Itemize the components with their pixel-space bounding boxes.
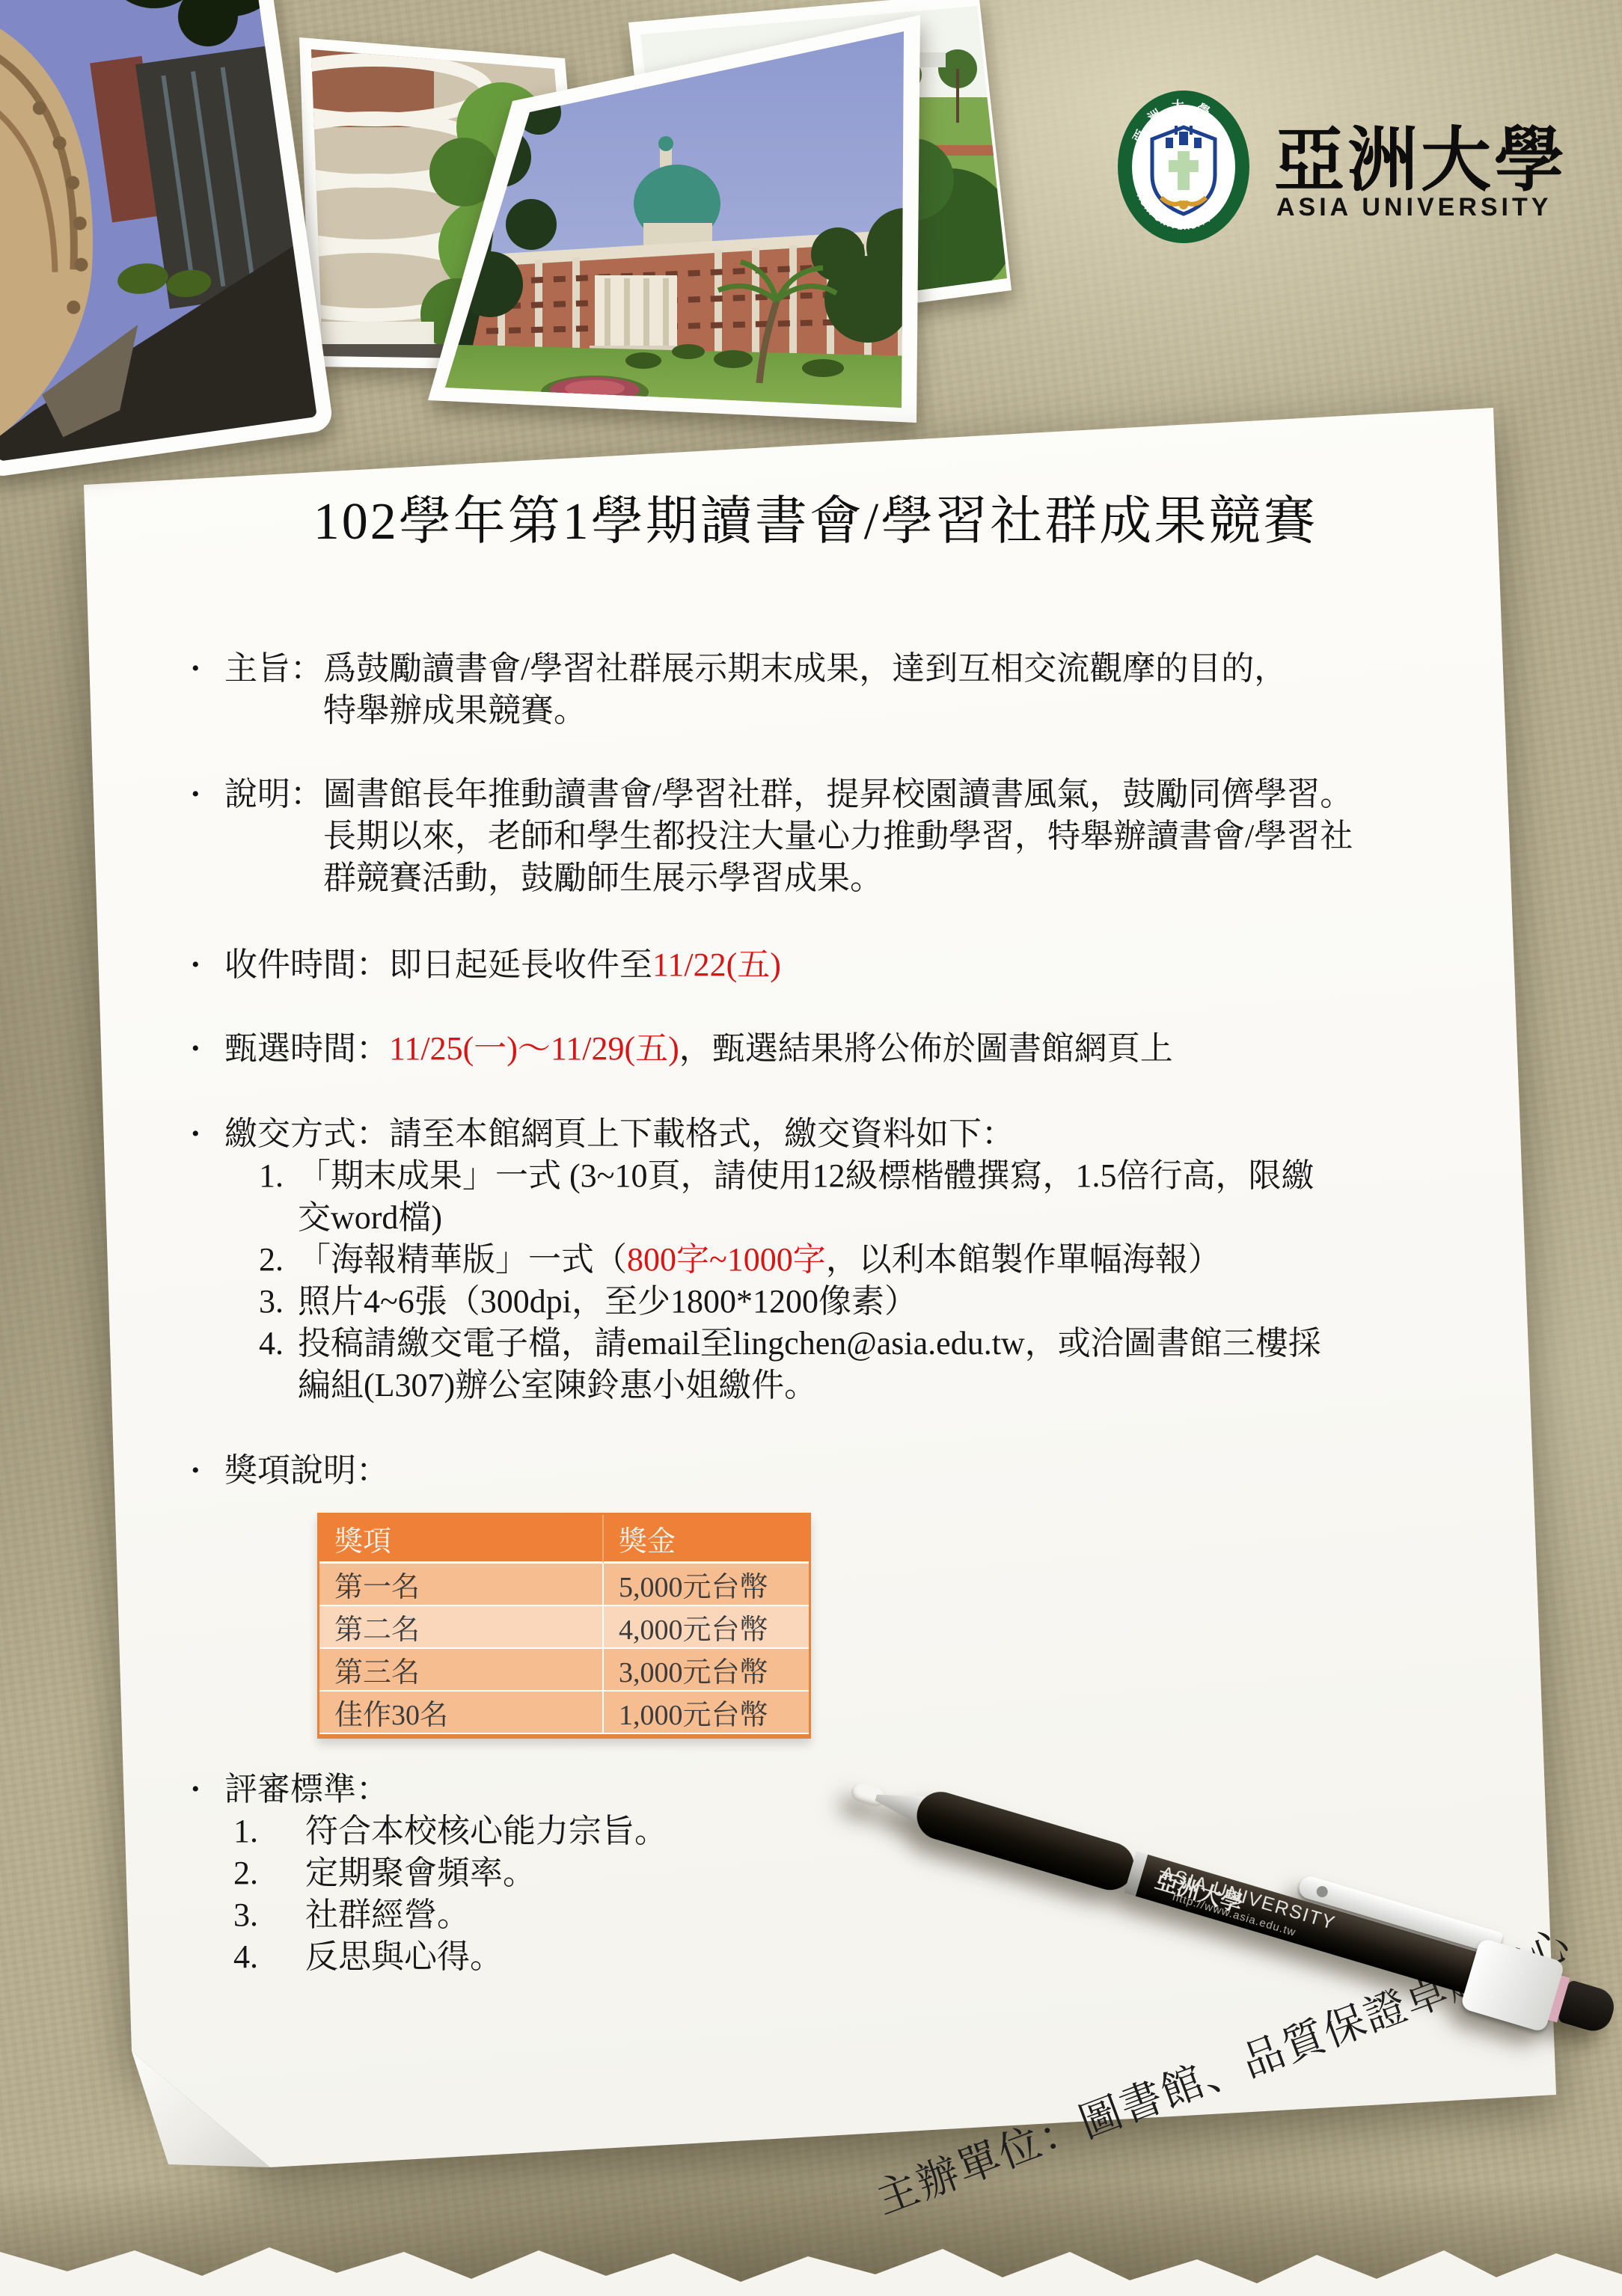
poster-stage: 亞洲大學 ASIA UNIVERSITY 亞洲大學 ASIA UNIVERSIT… <box>0 0 1622 2296</box>
table-row: 第二名 4,000元台幣 <box>319 1606 809 1649</box>
section-awards: • 獎項說明： <box>192 1450 1463 1492</box>
money-cell: 1,000元台幣 <box>604 1692 809 1734</box>
deadline-line: 收件時間：即日起延長收件至11/22(五) <box>224 944 1463 986</box>
awards-label: 獎項說明： <box>224 1450 1463 1492</box>
section-purpose: • 主旨：爲鼓勵讀書會/學習社群展示期末成果，達到互相交流觀摩的目的， 特舉辦成… <box>192 648 1463 732</box>
purpose-line-2: 特舉辦成果競賽。 <box>224 690 1463 732</box>
description-line-3: 群競賽活動，鼓勵師生展示學習成果。 <box>224 857 1463 899</box>
bullet-icon: • <box>192 1769 224 1810</box>
submission-item-4: 4. 投稿請繳交電子檔，請email至lingchen@asia.edu.tw，… <box>259 1323 1463 1406</box>
prize-cell: 第二名 <box>319 1606 604 1649</box>
description-line-1: 說明：圖書館長年推動讀書會/學習社群，提昇校園讀書風氣，鼓勵同儕學習。 <box>224 774 1463 815</box>
poster-body: • 主旨：爲鼓勵讀書會/學習社群展示期末成果，達到互相交流觀摩的目的， 特舉辦成… <box>192 648 1463 1978</box>
pen-clip-hole <box>1315 1885 1329 1899</box>
submission-item-3: 3. 照片4~6張（300dpi，至少1800*1200像素） <box>259 1281 1463 1323</box>
asia-university-logotype-cn: 亞洲大學 <box>1274 103 1567 204</box>
prize-cell: 佳作30名 <box>319 1692 604 1734</box>
table-row: 佳作30名 1,000元台幣 <box>319 1692 809 1734</box>
criteria-label: 評審標準： <box>224 1769 1463 1810</box>
description-line-2: 長期以來，老師和學生都投注大量心力推動學習，特舉辦讀書會/學習社 <box>224 815 1463 857</box>
awards-col-prize: 獎項 <box>319 1515 604 1564</box>
selection-line: 甄選時間：11/25(一)～11/29(五)，甄選結果將公佈於圖書館網頁上 <box>224 1028 1463 1070</box>
awards-table: 獎項 獎金 第一名 5,000元台幣 第二名 4,000元台幣 第三名 3,00… <box>317 1513 811 1739</box>
submission-item-1: 1. 「期末成果」一式 (3~10頁，請使用12級標楷體撰寫，1.5倍行高，限繳… <box>259 1155 1463 1239</box>
bullet-icon: • <box>192 648 224 690</box>
deadline-label: 收件時間： <box>224 946 389 983</box>
submission-item-2: 2. 「海報精華版」一式（800字~1000字，以利本館製作單幅海報） <box>259 1239 1463 1281</box>
asia-university-logotype-en: ASIA UNIVERSITY <box>1276 193 1552 222</box>
pen-nib <box>849 1780 887 1808</box>
prize-cell: 第一名 <box>319 1564 604 1606</box>
section-description: • 說明：圖書館長年推動讀書會/學習社群，提昇校園讀書風氣，鼓勵同儕學習。 長期… <box>192 774 1463 899</box>
awards-table-header-row: 獎項 獎金 <box>319 1515 809 1564</box>
bullet-icon: • <box>192 1113 224 1155</box>
section-selection: • 甄選時間：11/25(一)～11/29(五)，甄選結果將公佈於圖書館網頁上 <box>192 1028 1463 1070</box>
table-row: 第三名 3,000元台幣 <box>319 1649 809 1692</box>
prize-cell: 第三名 <box>319 1649 604 1692</box>
submission-label: 繳交方式： <box>224 1115 389 1152</box>
purpose-label: 主旨： <box>224 650 323 687</box>
photo-main-building <box>419 0 935 438</box>
selection-label: 甄選時間： <box>224 1030 389 1067</box>
money-cell: 4,000元台幣 <box>604 1606 809 1649</box>
bullet-icon: • <box>192 1028 224 1070</box>
bullet-icon: • <box>192 774 224 815</box>
bullet-icon: • <box>192 1450 224 1492</box>
word-count-highlight: 800字~1000字 <box>627 1241 826 1278</box>
deadline-date: 11/22(五) <box>652 946 781 983</box>
money-cell: 5,000元台幣 <box>604 1564 809 1606</box>
description-label: 說明： <box>224 776 323 812</box>
section-deadline: • 收件時間：即日起延長收件至11/22(五) <box>192 944 1463 986</box>
bullet-icon: • <box>192 944 224 986</box>
money-cell: 3,000元台幣 <box>604 1649 809 1692</box>
submission-intro: 繳交方式：請至本館網頁上下載格式，繳交資料如下： <box>224 1113 1463 1155</box>
asia-university-seal: 亞洲大學 ASIA UNIVERSITY <box>1116 88 1251 245</box>
purpose-line-1: 主旨：爲鼓勵讀書會/學習社群展示期末成果，達到互相交流觀摩的目的， <box>224 648 1463 690</box>
awards-col-money: 獎金 <box>604 1515 809 1564</box>
table-row: 第一名 5,000元台幣 <box>319 1564 809 1606</box>
poster-title: 102學年第1學期讀書會/學習社群成果競賽 <box>112 479 1519 554</box>
selection-dates: 11/25(一)～11/29(五) <box>389 1030 679 1067</box>
section-submission: • 繳交方式：請至本館網頁上下載格式，繳交資料如下： 1. 「期末成果」一式 (… <box>192 1113 1463 1406</box>
section-criteria: • 評審標準： <box>192 1769 1463 1810</box>
